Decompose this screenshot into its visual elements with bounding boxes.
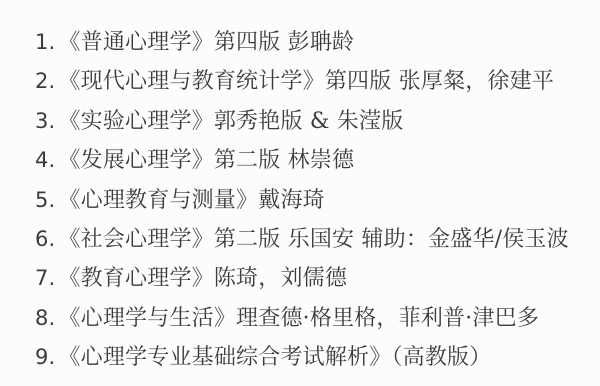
list-item: 1.《普通心理学》第四版 彭聃龄 <box>35 23 580 62</box>
list-item-text: 《教育心理学》陈琦，刘儒德 <box>58 266 347 291</box>
book-list: 1.《普通心理学》第四版 彭聃龄2.《现代心理与教育统计学》第四版 张厚粲，徐建… <box>35 23 580 378</box>
list-item: 7.《教育心理学》陈琦，刘儒德 <box>35 259 580 298</box>
list-item-text: 《普通心理学》第四版 彭聃龄 <box>58 30 354 55</box>
list-item-text: 《心理学专业基础综合考试解析》（高教版） <box>58 345 491 370</box>
list-item-number: 5. <box>35 188 55 212</box>
book-list-page: 1.《普通心理学》第四版 彭聃龄2.《现代心理与教育统计学》第四版 张厚粲，徐建… <box>0 0 600 386</box>
list-item-number: 6. <box>35 227 55 251</box>
list-item: 9.《心理学专业基础综合考试解析》（高教版） <box>35 338 580 377</box>
list-item-text: 《发展心理学》第二版 林崇德 <box>58 148 354 173</box>
list-item-number: 3. <box>35 109 55 133</box>
list-item-number: 7. <box>35 266 55 290</box>
list-item: 3.《实验心理学》郭秀艳版 & 朱滢版 <box>35 102 580 141</box>
list-item-text: 《心理学与生活》理查德·格里格，菲利普·津巴多 <box>58 306 539 331</box>
list-item-text: 《社会心理学》第二版 乐国安 辅助：金盛华/侯玉波 <box>58 227 568 252</box>
list-item: 4.《发展心理学》第二版 林崇德 <box>35 141 580 180</box>
list-item-number: 2. <box>35 69 55 93</box>
list-item: 6.《社会心理学》第二版 乐国安 辅助：金盛华/侯玉波 <box>35 220 580 259</box>
list-item-text: 《心理教育与测量》戴海琦 <box>58 188 324 213</box>
list-item-number: 1. <box>35 30 55 54</box>
list-item-number: 9. <box>35 345 55 369</box>
list-item-text: 《现代心理与教育统计学》第四版 张厚粲，徐建平 <box>58 69 554 94</box>
list-item-number: 4. <box>35 148 55 172</box>
list-item: 8.《心理学与生活》理查德·格里格，菲利普·津巴多 <box>35 299 580 338</box>
list-item-text: 《实验心理学》郭秀艳版 & 朱滢版 <box>58 109 403 134</box>
list-item: 5.《心理教育与测量》戴海琦 <box>35 181 580 220</box>
list-item: 2.《现代心理与教育统计学》第四版 张厚粲，徐建平 <box>35 62 580 101</box>
list-item-number: 8. <box>35 306 55 330</box>
